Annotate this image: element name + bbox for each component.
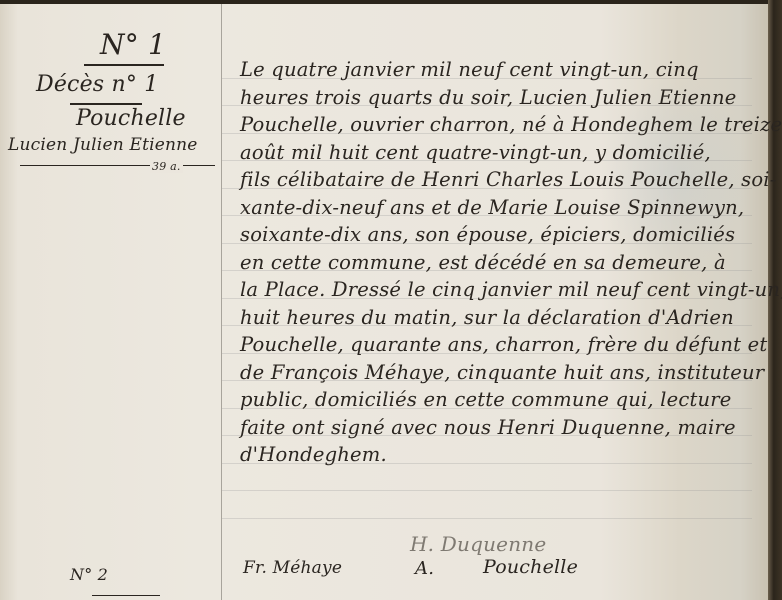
deceased-age: 39 a. xyxy=(150,160,183,173)
record-line: faite ont signé avec nous Henri Duquenne… xyxy=(240,414,782,442)
record-line: la Place. Dressé le cinq janvier mil neu… xyxy=(240,276,782,304)
margin-separator xyxy=(20,165,215,166)
record-line: heures trois quarts du soir, Lucien Juli… xyxy=(240,84,782,112)
record-line: fils célibataire de Henri Charles Louis … xyxy=(240,166,782,194)
record-line: en cette commune, est décédé en sa demeu… xyxy=(240,249,782,277)
record-line: soixante-dix ans, son épouse, épiciers, … xyxy=(240,221,782,249)
witness-signature: Fr. Méhaye xyxy=(243,558,342,578)
entry-number: N° 1 xyxy=(100,28,166,61)
entry-number-underline xyxy=(84,64,164,66)
record-line: xante-dix-neuf ans et de Marie Louise Sp… xyxy=(240,194,782,222)
record-line: août mil huit cent quatre-vingt-un, y do… xyxy=(240,139,782,167)
record-line: d'Hondeghem. xyxy=(240,441,782,469)
margin-rule xyxy=(221,4,222,600)
mayor-signature: H. Duquenne xyxy=(410,532,546,556)
next-entry-underline xyxy=(92,595,160,596)
declarant-initial: A. xyxy=(415,558,434,579)
record-line: Pouchelle, quarante ans, charron, frère … xyxy=(240,331,782,359)
death-record-text: Le quatre janvier mil neuf cent vingt-un… xyxy=(240,56,782,469)
deceased-given-names: Lucien Julien Etienne xyxy=(8,135,198,155)
next-entry-number: N° 2 xyxy=(70,565,108,584)
ruled-line xyxy=(222,490,752,491)
record-line: Pouchelle, ouvrier charron, né à Hondegh… xyxy=(240,111,782,139)
record-line: de François Méhaye, cinquante huit ans, … xyxy=(240,359,782,387)
ruled-line xyxy=(222,518,752,519)
record-label: Décès n° 1 xyxy=(36,72,158,97)
record-line: huit heures du matin, sur la déclaration… xyxy=(240,304,782,332)
record-label-underline xyxy=(70,103,142,105)
record-line: Le quatre janvier mil neuf cent vingt-un… xyxy=(240,56,782,84)
declarant-signature: Pouchelle xyxy=(483,556,578,578)
deceased-surname: Pouchelle xyxy=(76,106,186,131)
record-line: public, domiciliés en cette commune qui,… xyxy=(240,386,782,414)
